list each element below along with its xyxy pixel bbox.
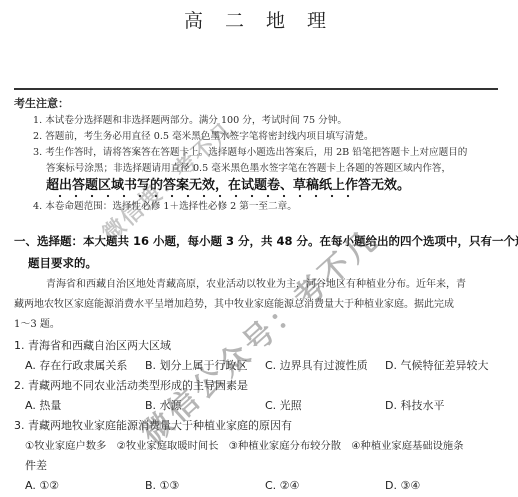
question-1-stem: 1. 青海省和西藏自治区两大区域: [14, 339, 171, 353]
question-3-option-a: A. ①②: [25, 479, 59, 493]
emphasis-dots: [52, 194, 352, 198]
exam-page: 高 二 地 理 考生注意： 1. 本试卷分选择题和非选择题两部分。满分 100 …: [0, 0, 518, 497]
question-3-statements-cont: 件差: [25, 459, 47, 473]
question-1-option-c: C. 边界具有过渡性质: [265, 359, 368, 373]
notice-item-3-emphasis: 超出答题区域书写的答案无效，在试题卷、草稿纸上作答无效。: [46, 178, 410, 194]
question-3-option-b: B. ①③: [145, 479, 179, 493]
passage-line-3: 1～3 题。: [14, 318, 60, 332]
header-divider: [14, 88, 498, 90]
notice-heading: 考生注意：: [14, 97, 69, 111]
question-2-option-a: A. 热量: [25, 399, 61, 413]
notice-item-3: 3. 考生作答时，请将答案答在答题卡上。选择题每小题选出答案后，用 2B 铅笔把…: [33, 146, 467, 160]
notice-item-1: 1. 本试卷分选择题和非选择题两部分。满分 100 分，考试时间 75 分钟。: [33, 114, 347, 128]
question-2-stem: 2. 青藏两地不同农业活动类型形成的主导因素是: [14, 379, 248, 393]
question-1-option-a: A. 存在行政隶属关系: [25, 359, 127, 373]
question-1-option-b: B. 划分上属于行政区: [145, 359, 248, 373]
notice-item-3-cont: 答案标号涂黑；非选择题请用直径 0.5 毫米黑色墨水签字笔在答题卡上各题的答题区…: [46, 162, 451, 176]
section-heading: 一、选择题：本大题共 16 小题，每小题 3 分，共 48 分。在每小题给出的四…: [14, 234, 518, 248]
question-1-option-d: D. 气候特征差异较大: [385, 359, 488, 373]
question-2-option-c: C. 光照: [265, 399, 302, 413]
question-3-stem: 3. 青藏两地牧业家庭能源消费量大于种植业家庭的原因有: [14, 419, 292, 433]
question-3-option-c: C. ②④: [265, 479, 299, 493]
question-3-statements: ①牧业家庭户数多 ②牧业家庭取暖时间长 ③种植业家庭分布较分散 ④种植业家庭基础…: [25, 439, 464, 453]
notice-item-4: 4. 本卷命题范围：选择性必修 1＋选择性必修 2 第一至二章。: [33, 200, 297, 214]
section-heading-cont: 题目要求的。: [28, 256, 97, 270]
notice-item-2: 2. 答题前，考生务必用直径 0.5 毫米黑色墨水签字笔将密封线内项目填写清楚。: [33, 130, 374, 144]
question-2-option-b: B. 水源: [145, 399, 182, 413]
passage-line-1: 青海省和西藏自治区地处青藏高原，农业活动以牧业为主，河谷地区有种植业分布。近年来…: [46, 278, 466, 292]
question-2-option-d: D. 科技水平: [385, 399, 444, 413]
watermark-main: 微信公众号：考不凡: [130, 215, 387, 452]
exam-title: 高 二 地 理: [0, 6, 518, 33]
passage-line-2: 藏两地农牧区家庭能源消费水平呈增加趋势，其中牧业家庭能源总消费量大于种植业家庭。…: [14, 298, 454, 312]
question-3-option-d: D. ③④: [385, 479, 420, 493]
